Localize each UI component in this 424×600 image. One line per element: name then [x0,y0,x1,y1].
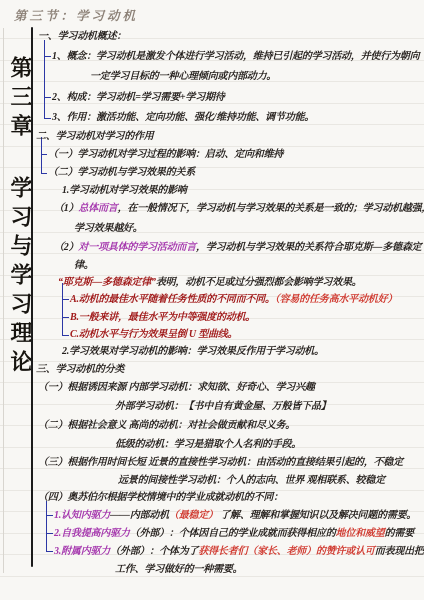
ruled-line [0,232,424,233]
text-segment: ，学习动机与学习效果的关系符合耶克斯—多德森定 [196,242,421,253]
text-segment: （四）奥苏伯尔根据学校情境中的学业成就动机的不同： [38,492,283,503]
note-line: 工作、学习做好的一种需要。 [115,563,242,577]
text-segment: 总体而言 [78,203,117,214]
note-line: B.一般来讲，最佳水平为中等强度的动机。 [70,311,255,325]
text-segment: （外部）：个体为了 [110,546,198,557]
text-segment: ——内部动机 [110,510,169,521]
text-segment: （2） [54,242,78,253]
text-segment: 1、概念：学习动机是激发个体进行学习活动，维持已引起的学习活动，并使行为朝向 [52,51,419,62]
note-line: 3、作用：激活功能、定向功能、强化/维持功能、调节功能。 [52,111,314,125]
text-segment: 而表现出把 [375,546,424,557]
text-segment: 远景的间接性学习动机：个人的志向、世界 观相联系、较稳定 [118,475,385,486]
note-line: 学习效果越好。 [74,222,143,236]
note-line: （二）学习动机与学习效果的关系 [48,166,195,180]
note-line: 1.认知内驱力——内部动机（最稳定） 了解、理解和掌握知识以及解决问题的需要。 [54,509,416,523]
note-line: 一定学习目标的一种心理倾向或内部动力。 [90,70,276,84]
text-segment: 工作、学习做好的一种需要。 [115,564,242,575]
note-line: （1）总体而言，在一般情况下，学习动机与学习效果的关系是一致的；学习动机越强， [54,202,424,216]
note-line: 1.学习动机对学习效果的影响 [62,184,187,198]
note-line: A.动机的最佳水平随着任务性质的不同而不同。（容易的任务高水平动机好） [70,293,397,307]
text-segment: 一定学习目标的一种心理倾向或内部动力。 [90,71,276,82]
text-segment: （1） [54,203,78,214]
note-line: （一）学习动机对学习过程的影响：启动、定向和维持 [48,148,283,162]
text-segment: 学习效果越好。 [74,223,143,234]
text-segment: 二、学习动机对学习的作用 [36,131,154,142]
text-segment: 的需要 [385,528,414,539]
note-line: （四）奥苏伯尔根据学校情境中的学业成就动机的不同： [38,491,283,505]
notebook-page: 第三节：学习动机 第三章 学习与学习理论 一、学习动机概述：1、概念：学习动机是… [0,0,424,600]
note-line: 2.自我提高内驱力（外部）：个体因自己的学业成就而获得相应的地位和威望的需要 [54,527,414,541]
text-segment: B.一般来讲，最佳水平为中等强度的动机。 [70,312,255,323]
text-segment: 1.认知内驱力 [54,510,110,521]
note-line: 低级的动机：学习是猎取个人名利的手段。 [115,438,301,452]
text-segment: （一）根据诱因来源 内部学习动机：求知欲、好奇心、学习兴趣 [38,382,315,393]
note-line: （三）根据作用时间长短 近景的直接性学习动机：由活动的直接结果引起的，不稳定 [38,456,403,470]
note-line: C.动机水平与行为效果呈倒 U 型曲线。 [70,328,237,342]
text-segment: 2.学习效果对学习动机的影响：学习效果反作用于学习动机。 [62,346,324,357]
text-segment: 外部学习动机：【书中自有黄金屋、万般皆下品】 [115,401,331,412]
text-segment: 对一项具体的学习活动而言 [78,242,196,253]
ruled-line [0,361,424,362]
text-segment: “耶克斯—多德森定律” [58,277,156,288]
text-segment: ，在一般情况下，学习动机与学习效果的关系是一致的；学习动机越强， [118,203,424,214]
text-segment: （最稳定） [169,510,218,521]
text-segment: 低级的动机：学习是猎取个人名利的手段。 [115,439,301,450]
text-segment: 3.附属内驱力 [54,546,110,557]
note-line: 远景的间接性学习动机：个人的志向、世界 观相联系、较稳定 [118,474,385,488]
note-line: “耶克斯—多德森定律”表明，动机不足或过分强烈都会影响学习效果。 [58,276,362,290]
text-segment: （二）根据社会意义 高尚的动机：对社会做贡献和尽义务。 [38,420,295,431]
text-segment: 三、学习动机的分类 [36,364,124,375]
note-line: 三、学习动机的分类 [36,363,124,377]
note-line: 律。 [74,259,94,273]
note-line: （2）对一项具体的学习活动而言，学习动机与学习效果的关系符合耶克斯—多德森定 [54,241,421,255]
note-line: （二）根据社会意义 高尚的动机：对社会做贡献和尽义务。 [38,419,295,433]
text-segment: （三）根据作用时间长短 近景的直接性学习动机：由活动的直接结果引起的，不稳定 [38,457,403,468]
note-line: 二、学习动机对学习的作用 [36,130,154,144]
note-line: 外部学习动机：【书中自有黄金屋、万般皆下品】 [115,400,331,414]
text-segment: （外部）：个体因自己的学业成就而获得相应的 [130,528,336,539]
text-segment: A.动机的最佳水平随着任务性质的不同而不同。 [70,294,275,305]
text-segment: （二）学习动机与学习效果的关系 [48,167,195,178]
text-segment: 获得长者们（家长、老师）的赞许或认可 [198,546,374,557]
text-segment: （容易的任务高水平动机好） [275,294,397,305]
text-segment: C.动机水平与行为效果呈倒 U 型曲线。 [70,329,237,340]
text-segment: （一）学习动机对学习过程的影响：启动、定向和维持 [48,149,283,160]
text-segment: 了解、理解和掌握知识以及解决问题的需要。 [218,510,416,521]
text-segment: 1.学习动机对学习效果的影响 [62,185,187,196]
note-line: 1、概念：学习动机是激发个体进行学习活动，维持已引起的学习活动，并使行为朝向 [52,50,419,64]
ruled-line [0,146,424,147]
text-segment: 2.自我提高内驱力 [54,528,130,539]
text-segment: 一、学习动机概述： [38,31,126,42]
note-line: 2、构成：学习动机=学习需要+学习期待 [52,91,225,105]
text-segment: 律。 [74,260,94,271]
sidebar-divider-line [31,27,33,567]
note-line: 2.学习效果对学习动机的影响：学习效果反作用于学习动机。 [62,345,324,359]
text-segment: 表明，动机不足或过分强烈都会影响学习效果。 [156,277,362,288]
note-line: 3.附属内驱力（外部）：个体为了获得长者们（家长、老师）的赞许或认可而表现出把 [54,545,424,559]
note-line: （一）根据诱因来源 内部学习动机：求知欲、好奇心、学习兴趣 [38,381,315,395]
text-segment: 地位和威望 [336,528,385,539]
text-segment: 3、作用：激活功能、定向功能、强化/维持功能、调节功能。 [52,112,314,123]
page-edge-line [3,28,4,573]
section-title: 第三节：学习动机 [14,6,138,24]
text-segment: 2、构成：学习动机=学习需要+学习期待 [52,92,225,103]
note-line: 一、学习动机概述： [38,30,126,44]
